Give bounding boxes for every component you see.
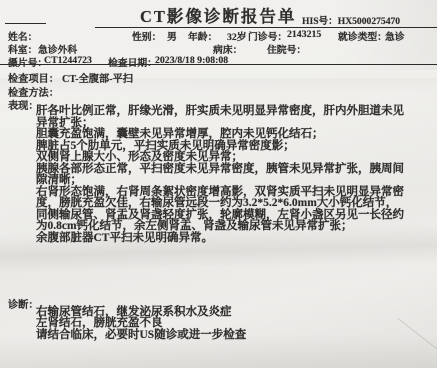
ct-report-document: CT影像诊断报告单 HIS号：HX5000275470 姓名： 性别： 男 年龄… [0, 0, 437, 368]
findings-section-label: 表现： [8, 97, 39, 112]
sex-value: 男 [167, 29, 177, 43]
findings-text-block: 肝各叶比例正常，肝缘光滑，肝实质未见明显异常密度，肝内外胆道未见 异常扩张； 胆… [36, 106, 404, 244]
paper-crease-mark [398, 318, 437, 354]
diagnosis-section-label: 诊断： [8, 296, 39, 311]
findings-line: 胆囊充盈饱满，囊壁未见异常增厚，腔内未见钙化结石； [36, 129, 404, 141]
findings-line: 胰腺各部形态正常，平扫密度未见异常密度，胰管未见异常扩张，胰周间 [36, 164, 404, 176]
findings-line: 肝各叶比例正常，肝缘光滑，肝实质未见明显异常密度，肝内外胆道未见 [36, 106, 404, 118]
visit-type-value: 急诊 [385, 29, 405, 43]
his-label: HIS号： [302, 16, 338, 27]
exam-item-value: CT-全腹部-平扫 [62, 70, 133, 85]
diagnosis-line: 左肾结石，膀胱充盈不良 [36, 318, 246, 330]
exam-date-value: 2023/8/18 9:08:08 [155, 55, 228, 66]
exam-date-label: 检查日期： [108, 55, 157, 69]
age-value: 32岁 [227, 29, 247, 43]
bed-label: 病床： [213, 42, 242, 56]
findings-line: 隙清晰； [36, 175, 404, 187]
findings-line: 双侧肾上腺大小、形态及密度未见异常； [36, 152, 404, 164]
his-number: HIS号：HX5000275470 [302, 13, 400, 27]
inpatient-no-label: 住院号： [267, 42, 306, 56]
findings-line: 度，膀胱充盈欠佳，右输尿管远段一约为3.2*5.2*6.0mm大小钙化结节， [36, 198, 404, 210]
diagnosis-line: 请结合临床，必要时US随诊或进一步检查 [36, 330, 246, 342]
findings-line: 为0.8cm钙化结节，余左侧肾盂、肾盏及输尿管未见异常扩张； [36, 221, 404, 233]
his-value: HX5000275470 [338, 16, 400, 27]
findings-line: 余腹部脏器CT平扫未见明确异常。 [36, 233, 404, 245]
film-no-value: CT1244723 [44, 55, 92, 66]
visit-type-label: 就诊类型： [338, 29, 387, 43]
department-label: 科室： [8, 42, 37, 56]
outpatient-no-label: 门诊号： [248, 29, 287, 43]
age-label: 年龄： [188, 29, 217, 43]
outpatient-no-value: 2143215 [287, 29, 321, 40]
name-label: 姓名： [8, 29, 37, 43]
sex-label: 性别： [132, 29, 161, 43]
diagnosis-text-block: 右输尿管结石，继发泌尿系积水及炎症 左肾结石，膀胱充盈不良 请结合临床，必要时U… [36, 307, 246, 342]
film-no-label: 摄片号： [8, 55, 47, 69]
department-value: 急诊外科 [38, 42, 77, 56]
top-left-rule [5, 23, 46, 24]
report-title: CT影像诊断报告单 [140, 3, 296, 27]
